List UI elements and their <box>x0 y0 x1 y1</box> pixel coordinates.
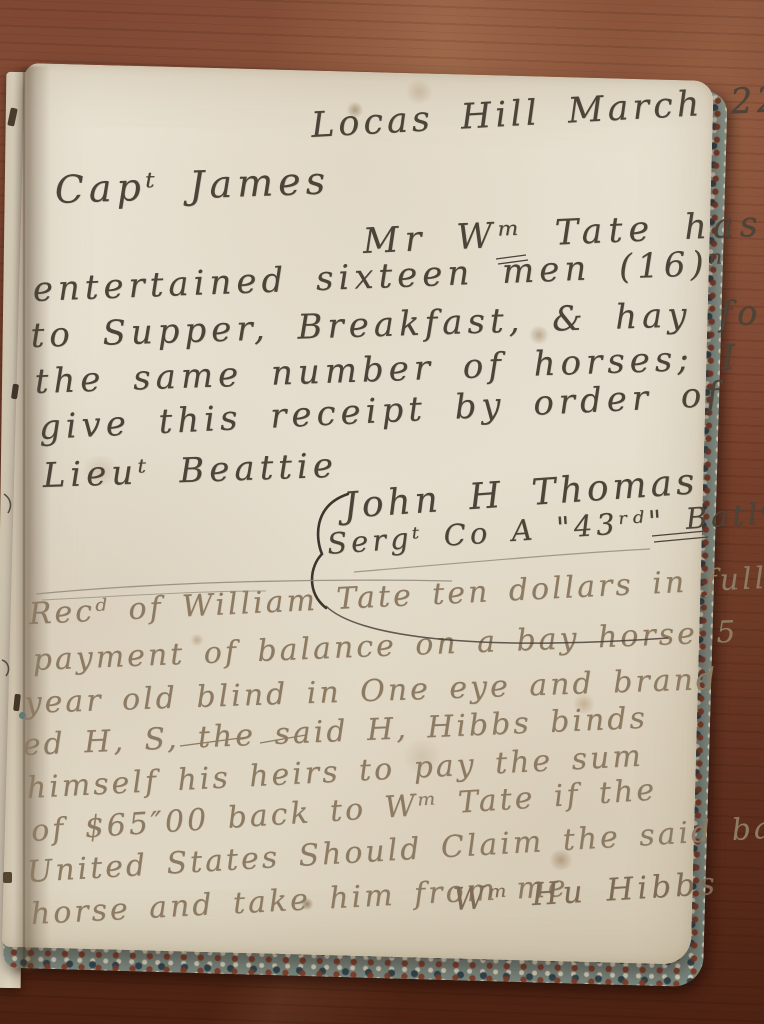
brace-stroke <box>312 494 348 608</box>
pencil-divider-stroke <box>36 580 452 594</box>
rank-underline-stroke <box>354 549 650 572</box>
ink-flourish-overlay <box>0 0 764 1024</box>
flourish-stroke <box>326 606 668 643</box>
wm-underline-stroke <box>496 255 528 264</box>
bleedthrough-mark <box>2 494 11 676</box>
pencil-divider-stroke-2 <box>42 591 266 600</box>
photo-of-handwritten-journal: { "journal": { "entry1": { "dateline": "… <box>0 0 764 1024</box>
strikethrough-stroke <box>180 735 306 746</box>
batldn-underline-stroke <box>652 531 708 542</box>
